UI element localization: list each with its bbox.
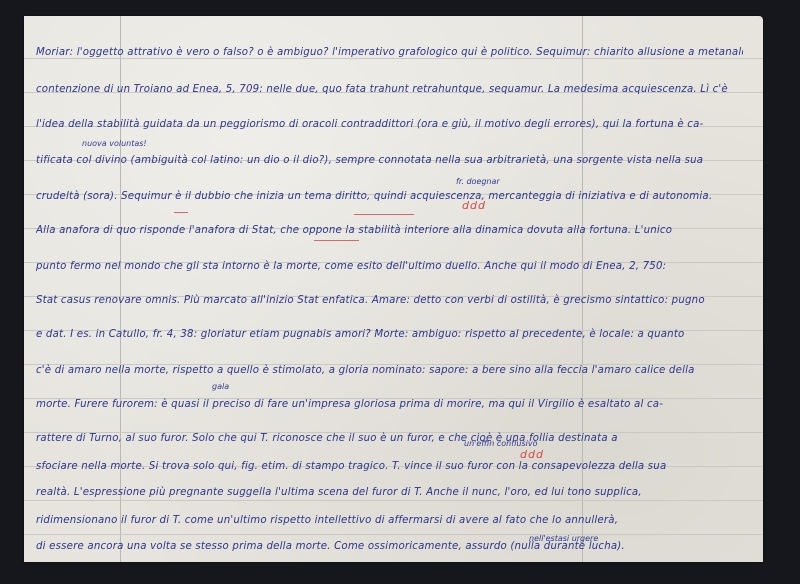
red-underline-mark	[314, 240, 359, 241]
red-underline-mark	[354, 214, 414, 215]
red-annotation-mark: ddd	[520, 448, 544, 461]
interlinear-note: fr. doegnar	[456, 177, 500, 186]
interlinear-note: un'effin conflusivo	[464, 439, 538, 448]
manuscript-line-11: morte. Furere furorem: è quasi il precis…	[36, 390, 743, 420]
manuscript-page: Moriar: l'oggetto attrativo è vero o fal…	[24, 16, 763, 562]
red-underline-mark	[174, 212, 188, 213]
manuscript-line-16: di essere ancora una volta se stesso pri…	[36, 532, 743, 562]
manuscript-line-2: contenzione di un Troiano ad Enea, 5, 70…	[36, 75, 743, 105]
manuscript-line-3: l'idea della stabilità guidata da un peg…	[36, 110, 743, 140]
manuscript-line-9: e dat. I es. in Catullo, fr. 4, 38: glor…	[36, 320, 743, 350]
manuscript-line-4: tificata col divino (ambiguità col latin…	[36, 146, 743, 176]
manuscript-line-5: crudeltà (sora). Sequimur è il dubbio ch…	[36, 182, 743, 212]
manuscript-line-1: Moriar: l'oggetto attrativo è vero o fal…	[36, 38, 743, 68]
interlinear-note: gala	[212, 382, 229, 391]
manuscript-line-8: Stat casus renovare omnis. Più marcato a…	[36, 286, 743, 316]
manuscript-line-6: Alla anafora di quo risponde l'anafora d…	[36, 216, 743, 246]
manuscript-line-12: rattere di Turno, al suo furor. Solo che…	[36, 424, 743, 454]
interlinear-note: nuova voluntas!	[82, 139, 147, 148]
manuscript-line-14: realtà. L'espressione più pregnante sugg…	[36, 478, 743, 508]
manuscript-line-10: c'è di amaro nella morte, rispetto a que…	[36, 356, 743, 386]
red-annotation-mark: ddd	[462, 199, 486, 212]
interlinear-note: nell'estasi urgere	[529, 534, 598, 543]
manuscript-line-7: punto fermo nel mondo che gli sta intorn…	[36, 252, 743, 282]
